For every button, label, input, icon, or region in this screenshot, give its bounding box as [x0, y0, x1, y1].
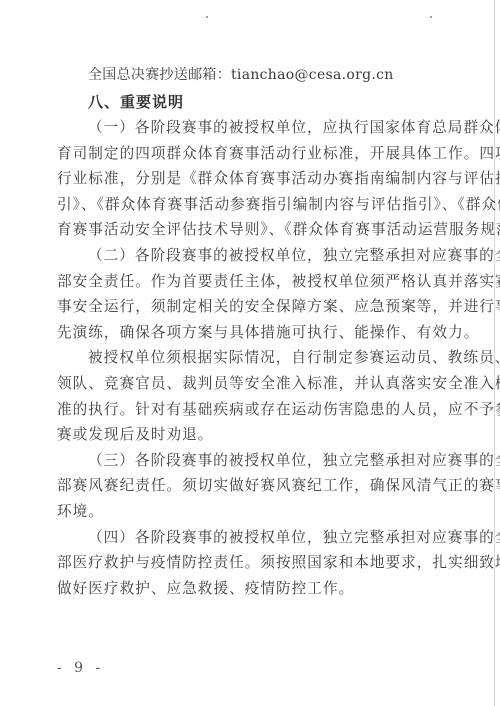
paragraph-line: 领队、竞赛官员、裁判员等安全准入标准，并认真落实安全准入标: [57, 371, 445, 397]
paragraph-line: 引》、《群众体育赛事活动参赛指引编制内容与评估指引》、《群众体: [57, 192, 445, 218]
paragraph-line: 部赛风赛纪责任。须切实做好赛风赛纪工作，确保风清气正的赛事: [57, 473, 445, 499]
scan-speck: [430, 16, 432, 18]
paragraph-line: 育司制定的四项群众体育赛事活动行业标准，开展具体工作。四项: [57, 141, 445, 167]
paragraph-line: （三）各阶段赛事的被授权单位，独立完整承担对应赛事的全: [57, 448, 445, 474]
paragraph-line: 部医疗救护与疫情防控责任。须按照国家和本地要求，扎实细致地: [57, 550, 445, 576]
email-line: 全国总决赛抄送邮箱：tianchao@cesa.org.cn: [57, 62, 445, 89]
paragraph-line: （二）各阶段赛事的被授权单位，独立完整承担对应赛事的全: [57, 243, 445, 269]
paragraph-2: （二）各阶段赛事的被授权单位，独立完整承担对应赛事的全 部安全责任。作为首要责任…: [57, 243, 445, 345]
paragraph-3: 被授权单位须根据实际情况，自行制定参赛运动员、教练员、 领队、竞赛官员、裁判员等…: [57, 345, 445, 447]
scan-speck: [206, 16, 208, 18]
paragraph-line: 做好医疗救护、应急救援、疫情防控工作。: [57, 576, 445, 602]
paragraph-line: 育赛事活动安全评估技术导则》、《群众体育赛事活动运营服务规范》。: [57, 217, 445, 243]
paragraph-5: （四）各阶段赛事的被授权单位，独立完整承担对应赛事的全 部医疗救护与疫情防控责任…: [57, 525, 445, 602]
page-number: - 9 -: [57, 660, 104, 676]
paragraph-line: 事安全运行，须制定相关的安全保障方案、应急预案等，并进行事: [57, 294, 445, 320]
paragraph-line: 被授权单位须根据实际情况，自行制定参赛运动员、教练员、: [57, 345, 445, 371]
paragraph-line: （一）各阶段赛事的被授权单位，应执行国家体育总局群众体: [57, 115, 445, 141]
paragraph-line: 准的执行。针对有基础疾病或存在运动伤害隐患的人员，应不予参: [57, 397, 445, 423]
paragraph-4: （三）各阶段赛事的被授权单位，独立完整承担对应赛事的全 部赛风赛纪责任。须切实做…: [57, 448, 445, 525]
paragraph-line: （四）各阶段赛事的被授权单位，独立完整承担对应赛事的全: [57, 525, 445, 551]
section-heading: 八、重要说明: [57, 89, 445, 115]
paragraph-line: 环境。: [57, 499, 445, 525]
paragraph-1: （一）各阶段赛事的被授权单位，应执行国家体育总局群众体 育司制定的四项群众体育赛…: [57, 115, 445, 243]
paragraph-line: 赛或发现后及时劝退。: [57, 422, 445, 448]
paragraph-line: 部安全责任。作为首要责任主体，被授权单位须严格认真并落实赛: [57, 269, 445, 295]
paragraph-line: 先演练，确保各项方案与具体措施可执行、能操作、有效力。: [57, 320, 445, 346]
paragraph-line: 行业标准，分别是《群众体育赛事活动办赛指南编制内容与评估指: [57, 166, 445, 192]
document-page: 全国总决赛抄送邮箱：tianchao@cesa.org.cn 八、重要说明 （一…: [57, 62, 445, 601]
